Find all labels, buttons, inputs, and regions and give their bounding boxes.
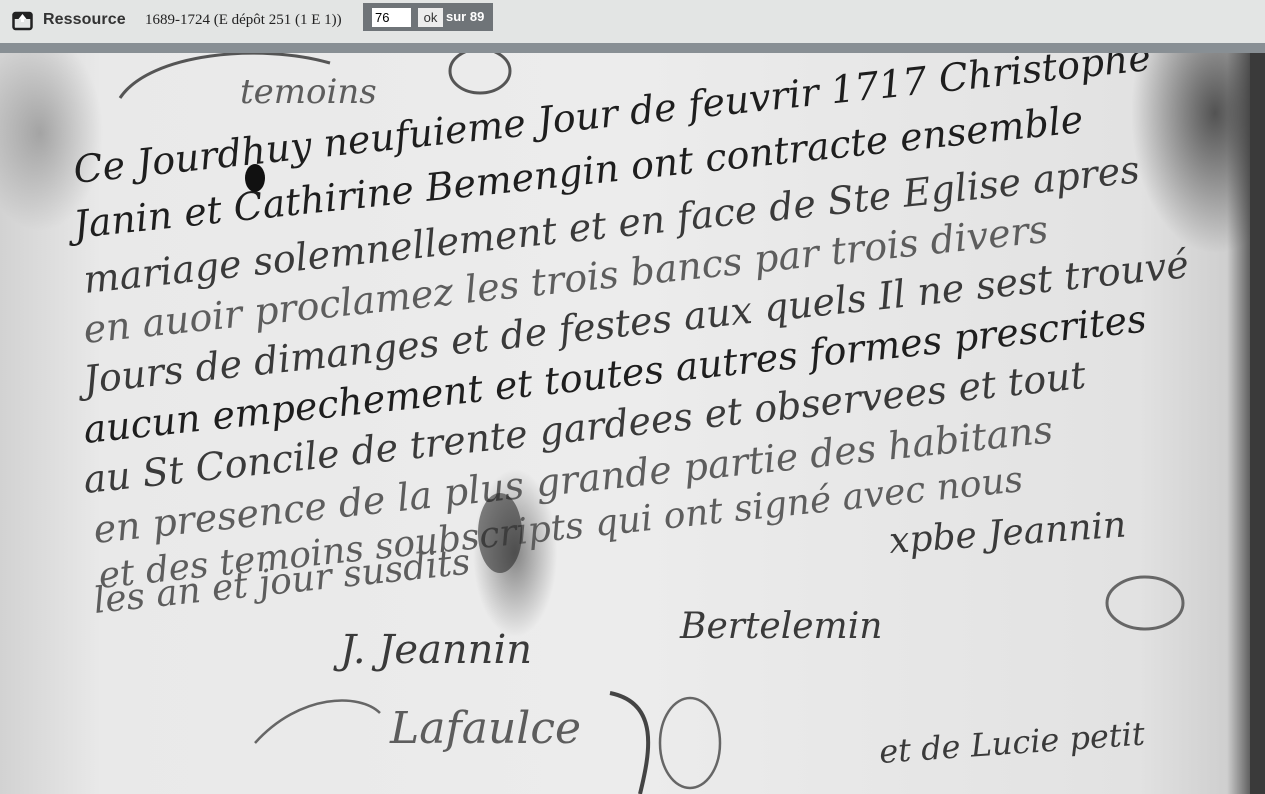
svg-text:xpbe Jeannin: xpbe Jeannin: [888, 505, 1128, 562]
document-image-viewer[interactable]: temoins Ce Jourdhuy neufuieme Jour de fe…: [0, 53, 1265, 794]
svg-text:Bertelemin: Bertelemin: [679, 606, 882, 647]
box-icon: [12, 10, 33, 31]
resource-title: Ressource: [43, 11, 126, 29]
svg-text:temoins: temoins: [240, 72, 377, 112]
svg-text:et de Lucie petit: et de Lucie petit: [878, 715, 1146, 771]
page-number-input[interactable]: [372, 8, 411, 27]
go-to-page-button[interactable]: ok: [418, 8, 443, 27]
svg-text:Lafaulce: Lafaulce: [389, 703, 581, 754]
svg-text:J. Jeannin: J. Jeannin: [333, 627, 532, 673]
manuscript-scan: temoins Ce Jourdhuy neufuieme Jour de fe…: [0, 53, 1265, 794]
header-divider: [0, 43, 1265, 53]
resource-header: Ressource 1689-1724 (E dépôt 251 (1 E 1)…: [0, 0, 1265, 43]
page-navigator: ok sur 89: [363, 3, 493, 31]
total-pages-label: sur 89: [446, 9, 484, 24]
resource-subtitle: 1689-1724 (E dépôt 251 (1 E 1)): [145, 12, 342, 29]
